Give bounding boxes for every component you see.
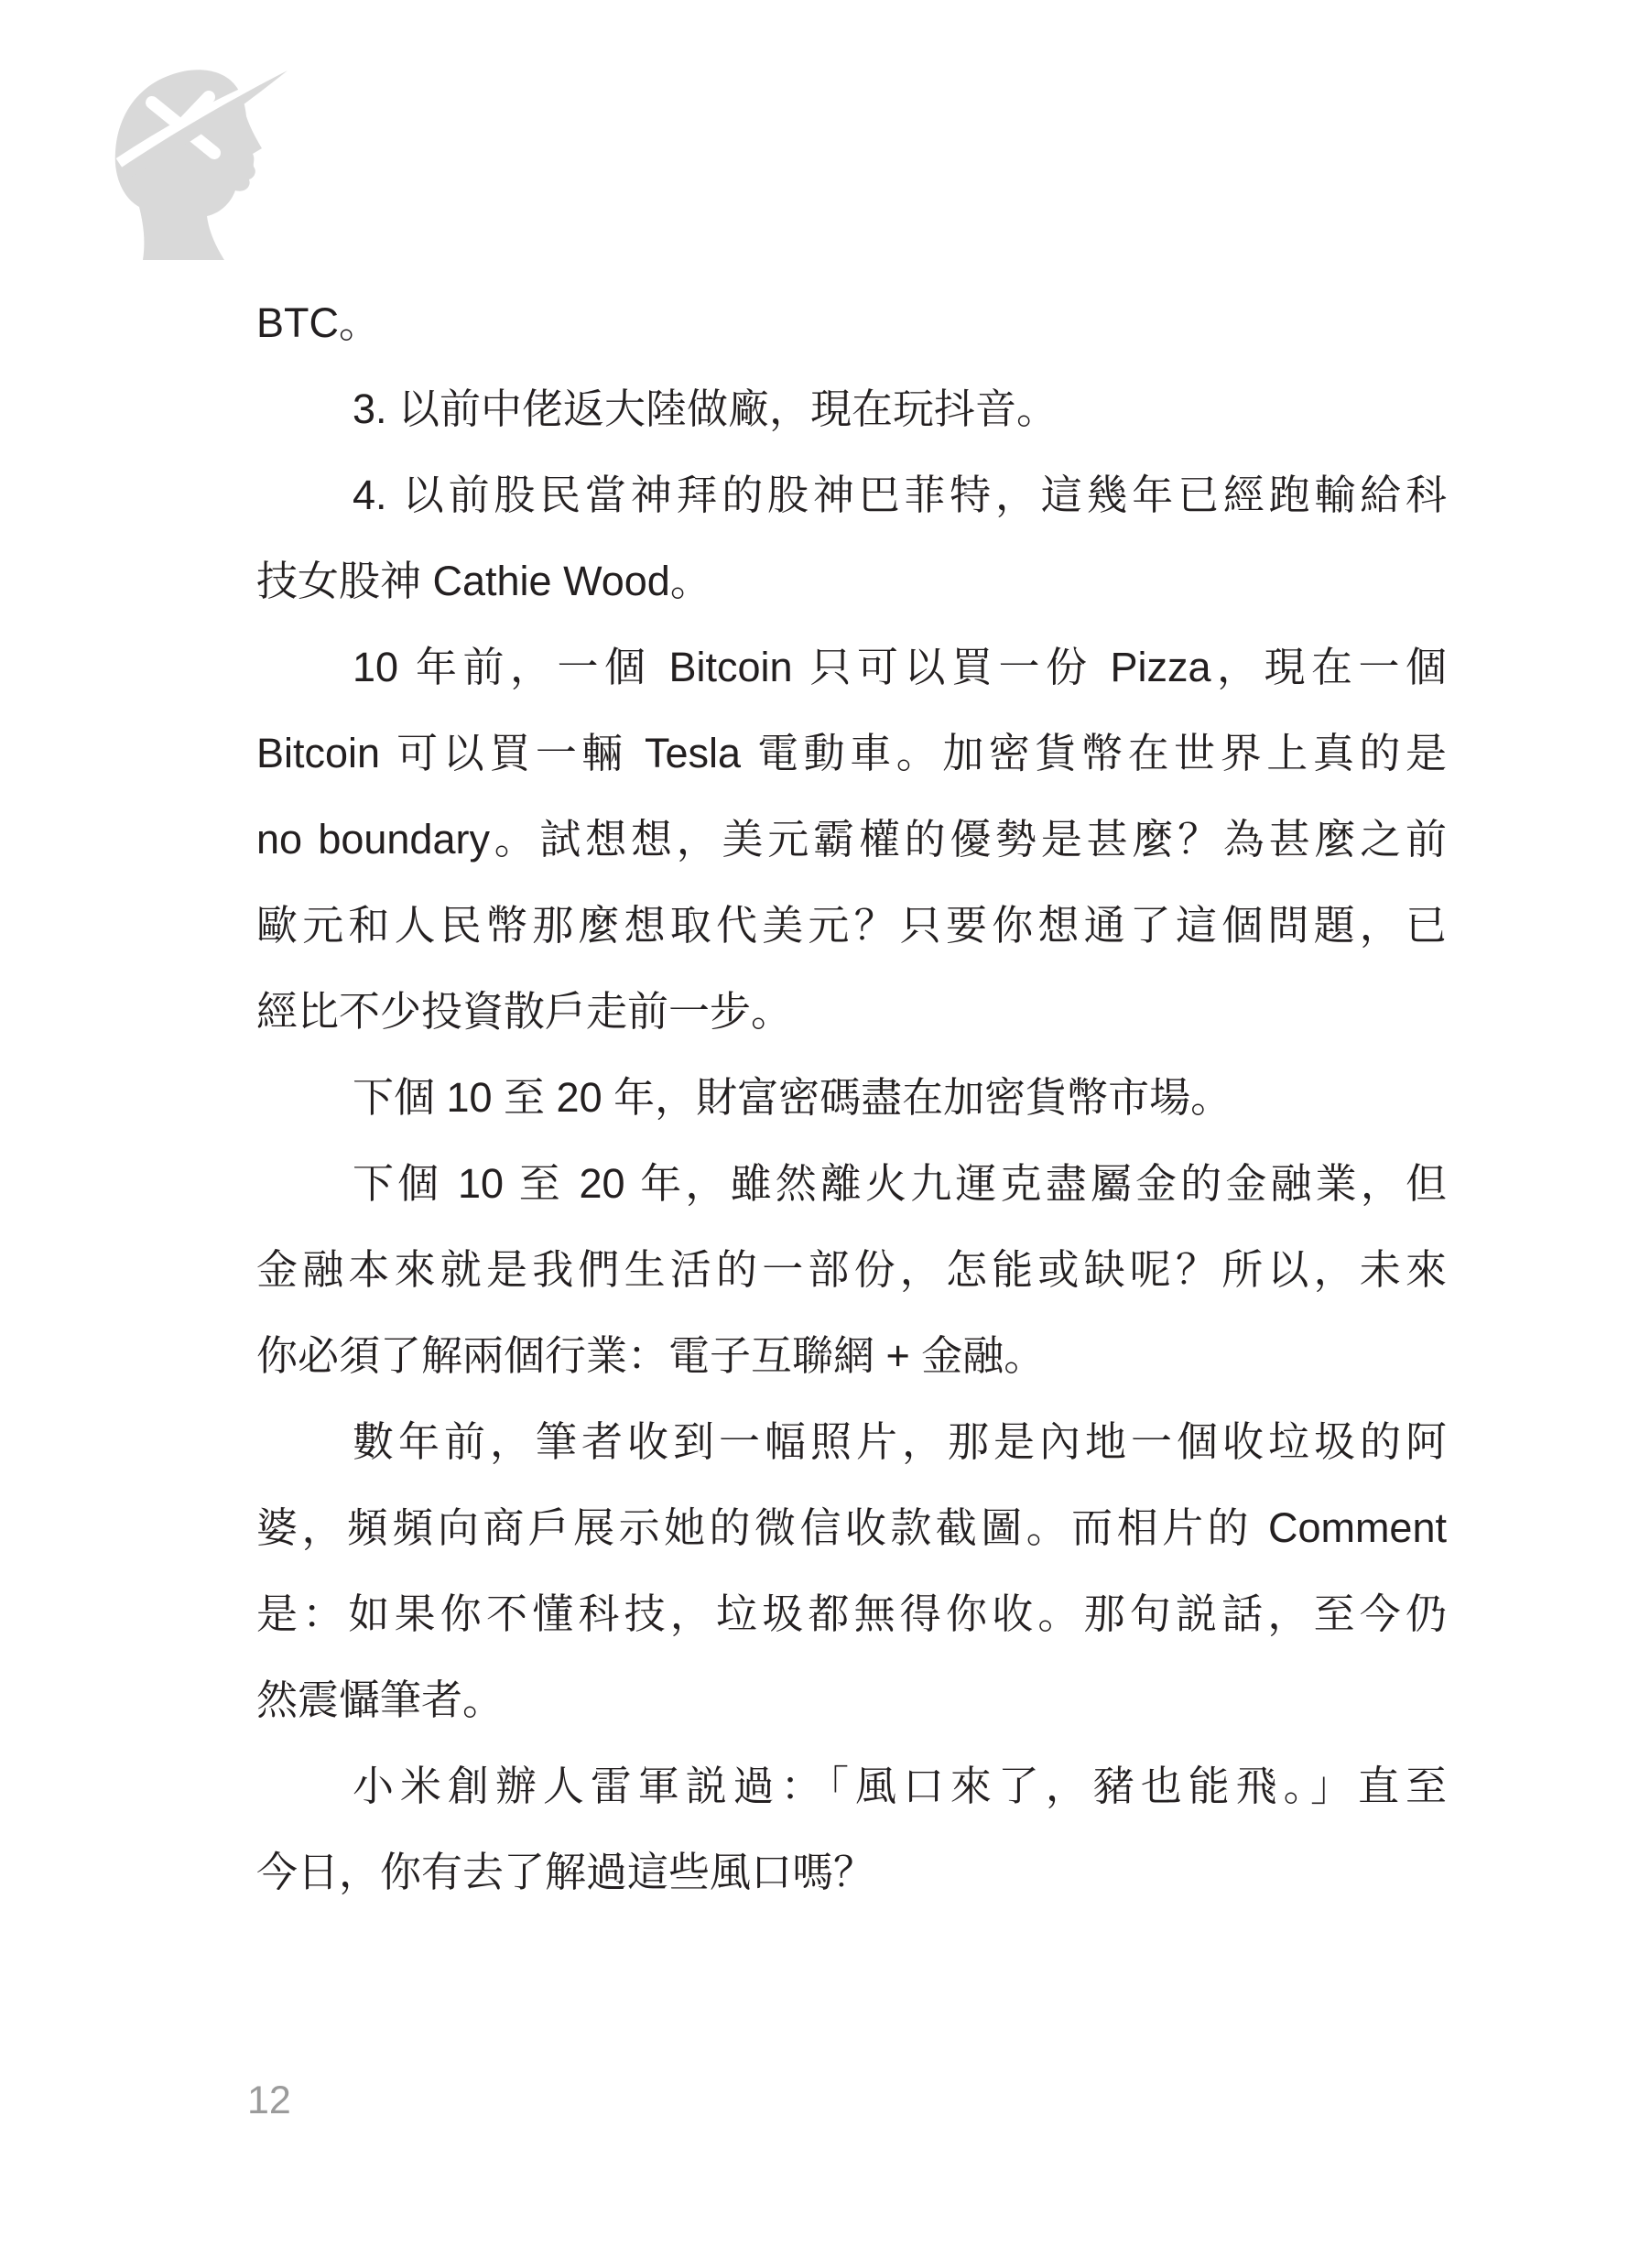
page-number: 12 [247,2078,291,2123]
text-line: 數年前，筆者收到一幅照片，那是內地一個收垃圾的阿 [256,1399,1447,1485]
text-line: 小米創辦人雷軍説過：「風口來了，豬也能飛。」直至 [256,1743,1447,1829]
head-silhouette-icon [106,60,291,269]
text-line: 10 年前，一個 Bitcoin 只可以買一份 Pizza，現在一個 [256,624,1447,711]
text-line: 3. 以前中佬返大陸做廠，現在玩抖音。 [256,366,1447,452]
text-line: 4. 以前股民當神拜的股神巴菲特，這幾年已經跑輸給科 [256,452,1447,538]
text-line: 歐元和人民幣那麼想取代美元？只要你想通了這個問題，已 [256,883,1447,969]
book-page: { "page": { "number": "12" }, "content":… [0,0,1639,2268]
text-line: 下個 10 至 20 年，財富密碼盡在加密貨幣市場。 [256,1055,1447,1141]
text-line: 是：如果你不懂科技，垃圾都無得你收。那句説話，至今仍 [256,1571,1447,1657]
text-line: 你必須了解兩個行業：電子互聯網 + 金融。 [256,1313,1447,1399]
text-line: 技女股神 Cathie Wood。 [256,538,1447,624]
text-line: no boundary。試想想，美元霸權的優勢是甚麼？為甚麼之前 [256,797,1447,883]
text-line: BTC。 [256,280,1447,366]
text-line: 今日，你有去了解過這些風口嗎？ [256,1829,1447,1915]
text-line: 下個 10 至 20 年，雖然離火九運克盡屬金的金融業，但 [256,1141,1447,1227]
text-line: Bitcoin 可以買一輛 Tesla 電動車。加密貨幣在世界上真的是 [256,711,1447,797]
text-line: 婆，頻頻向商戶展示她的微信收款截圖。而相片的 Comment [256,1485,1447,1571]
body-text: BTC。3. 以前中佬返大陸做廠，現在玩抖音。4. 以前股民當神拜的股神巴菲特，… [256,280,1447,1915]
text-line: 然震懾筆者。 [256,1657,1447,1743]
text-line: 金融本來就是我們生活的一部份，怎能或缺呢？所以，未來 [256,1227,1447,1313]
head-silhouette-logo [106,60,291,269]
text-line: 經比不少投資散戶走前一步。 [256,969,1447,1055]
